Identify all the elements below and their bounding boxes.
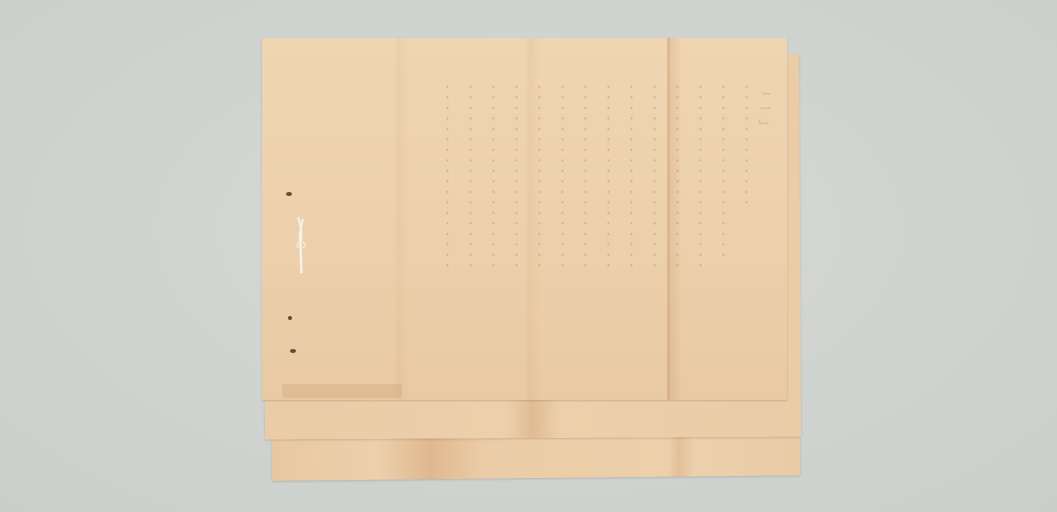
text-column: ．．．．．．．．．．．．．．．．．． bbox=[572, 85, 586, 355]
string-binding-icon bbox=[295, 215, 307, 277]
text-column: ．．．．．．．．．．．．．．．．．． bbox=[434, 85, 448, 355]
binding-hole bbox=[288, 316, 292, 320]
text-column: ．．．．．．．．．．．．．．．．．． bbox=[503, 85, 517, 355]
text-column: ．．．．．．．．．．．．．．．．．． bbox=[664, 85, 678, 355]
text-column: ．．．．．．．．．．．．．．．．．． bbox=[480, 85, 494, 355]
text-column: 「一」 bbox=[756, 85, 770, 355]
binding-hole bbox=[290, 349, 296, 353]
text-column: ．．．．．．．．．．．．．．．．．． bbox=[687, 85, 701, 355]
binding-hole bbox=[286, 192, 292, 196]
text-column: ．．．．．．．．．．．． bbox=[733, 85, 747, 355]
text-column: ．．．．．．．．．．．．．．．．．． bbox=[526, 85, 540, 355]
text-column: ．．．．．．．．．．．．．．．．．． bbox=[549, 85, 563, 355]
text-column: ．．．．．．．．．．．．．．．．． bbox=[710, 85, 724, 355]
document-text-block: 「一」 ．．．．．．．．．．．． ．．．．．．．．．．．．．．．．． ．．．．．… bbox=[410, 85, 770, 365]
text-column: ．．．．．．．．．．．．．．．．．． bbox=[618, 85, 632, 355]
text-column: ．．．．．．．．．．．．．．．．．． bbox=[641, 85, 655, 355]
text-column: ．．．．．．．．．．．．．．．．．． bbox=[457, 85, 471, 355]
water-stain bbox=[282, 384, 402, 398]
text-column: ．．．．．．．．．．．．．．．．．． bbox=[595, 85, 609, 355]
